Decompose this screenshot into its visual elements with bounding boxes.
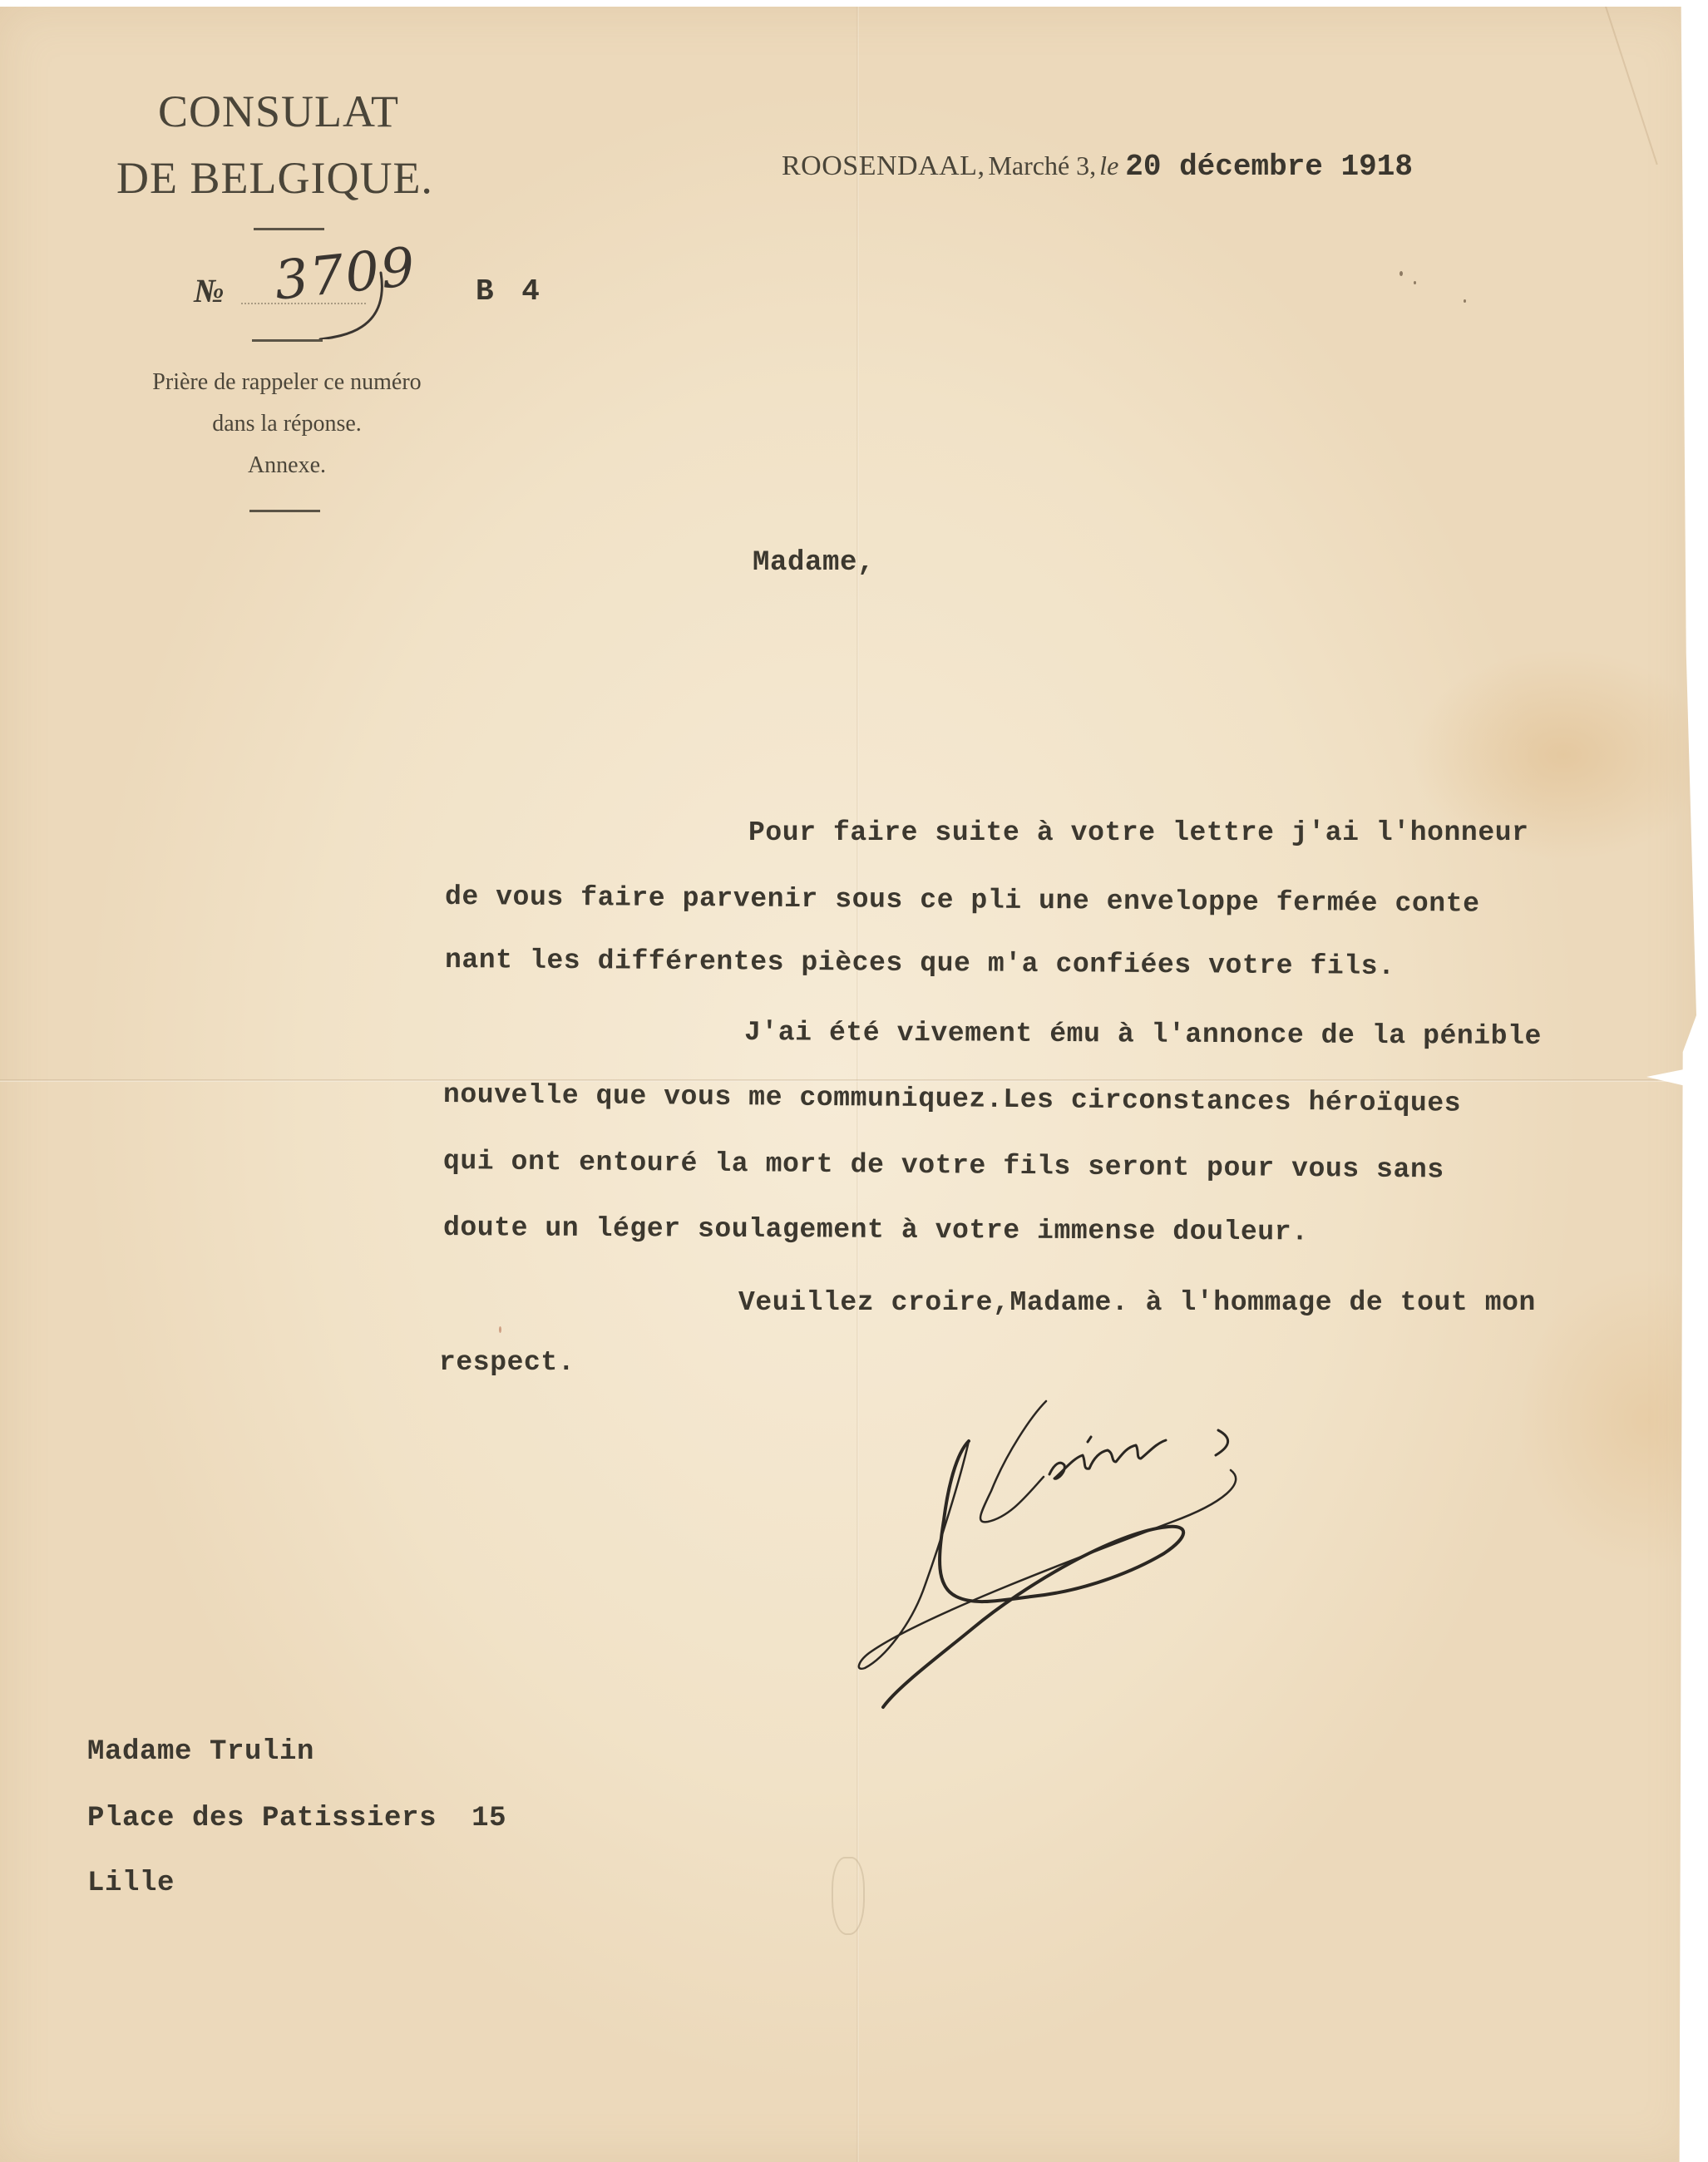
recipient-city: Lille	[87, 1868, 175, 1899]
ink-speck	[1464, 299, 1466, 303]
paper-tear	[1646, 1067, 1696, 1088]
letterhead-rule-bottom	[249, 510, 320, 512]
letterhead-rule-top	[254, 228, 324, 230]
letter-paper: CONSULAT DE BELGIQUE. № 3709 B 4 Prière …	[0, 7, 1696, 2162]
number-label: №	[194, 271, 225, 310]
body-paragraph-1-line-3: nant les différentes pièces que m'a conf…	[445, 945, 1395, 982]
salutation: Madame,	[753, 547, 875, 579]
reference-underline-flourish-icon	[283, 256, 399, 339]
body-paragraph-2-line-4: doute un léger soulagement à votre immen…	[443, 1212, 1309, 1247]
ink-speck	[1414, 281, 1416, 284]
ink-speck	[499, 1326, 501, 1333]
handwritten-signature-icon	[840, 1379, 1472, 1711]
body-paragraph-1-line-1: Pour faire suite à votre lettre j'ai l'h…	[748, 817, 1529, 848]
dateline-street: Marché 3,	[988, 151, 1096, 180]
body-paragraph-1-line-2: de vous faire parvenir sous ce pli une e…	[445, 881, 1480, 920]
corner-crease	[1605, 6, 1658, 165]
dateline-date: 20 décembre 1918	[1125, 150, 1413, 184]
recipient-street: Place des Patissiers 15	[87, 1803, 506, 1834]
letterhead-rule-middle	[252, 339, 323, 342]
reference-note-line-1: Prière de rappeler ce numéro	[83, 369, 491, 396]
dateline: ROOSENDAAL, Marché 3, le 20 décembre 191…	[782, 150, 1413, 184]
ink-speck	[1399, 271, 1403, 276]
letterhead-belgique: DE BELGIQUE.	[116, 152, 433, 204]
body-paragraph-2-line-1: J'ai été vivement ému à l'annonce de la …	[744, 1017, 1542, 1052]
dateline-le: le	[1099, 151, 1118, 180]
recipient-name: Madame Trulin	[87, 1736, 314, 1768]
closing-line-1: Veuillez croire,Madame. à l'hommage de t…	[738, 1287, 1536, 1318]
annex-label: Annexe.	[83, 452, 491, 479]
closing-line-2: respect.	[439, 1347, 575, 1378]
horizontal-fold-crease	[0, 1079, 1688, 1082]
dateline-city: ROOSENDAAL,	[782, 151, 985, 181]
reference-note-line-2: dans la réponse.	[83, 411, 491, 437]
letterhead-consulat: CONSULAT	[158, 86, 399, 137]
body-paragraph-2-line-2: nouvelle que vous me communiquez.Les cir…	[443, 1079, 1461, 1119]
body-paragraph-2-line-3: qui ont entouré la mort de votre fils se…	[443, 1146, 1444, 1186]
reference-code: B 4	[476, 274, 540, 309]
pin-hole-mark	[832, 1857, 865, 1935]
